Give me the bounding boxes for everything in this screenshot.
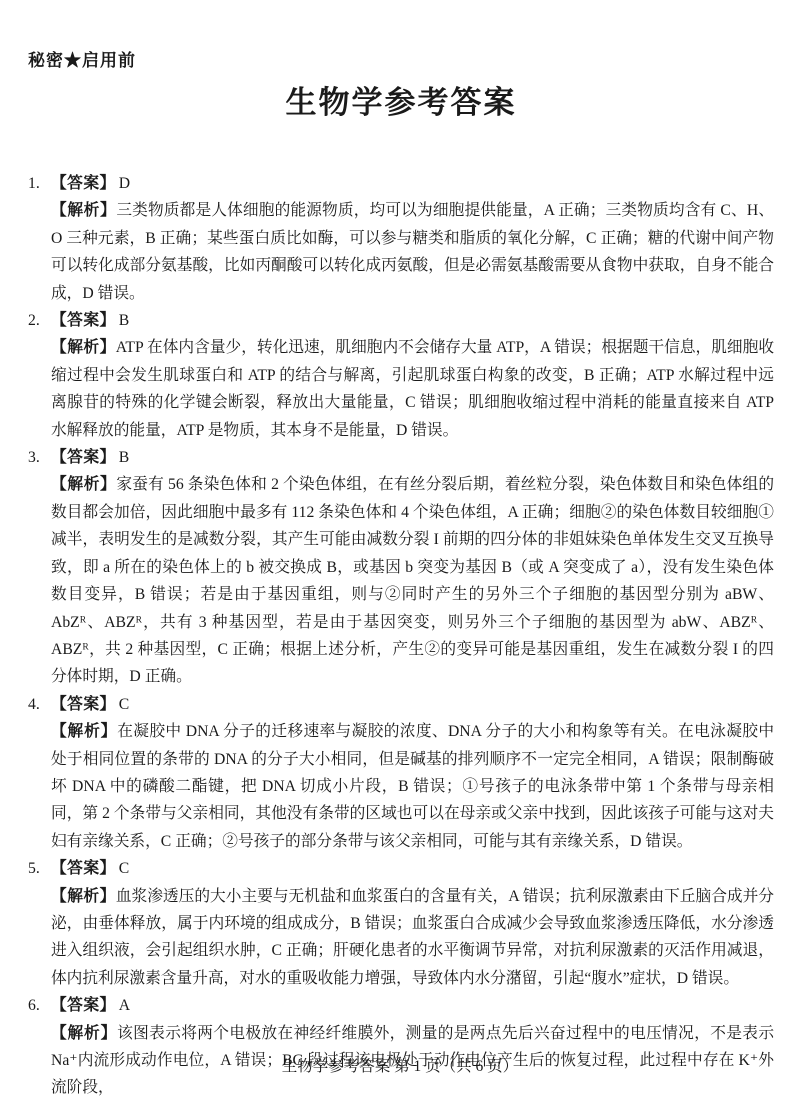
- answer-line: 【答案】C: [51, 691, 774, 718]
- answer-label: 【答案】: [51, 997, 116, 1014]
- analysis-label: 【解析】: [51, 202, 116, 219]
- analysis-paragraph: 【解析】家蚕有 56 条染色体和 2 个染色体组，在有丝分裂后期，着丝粒分裂，染…: [51, 471, 774, 690]
- analysis-label: 【解析】: [51, 888, 116, 905]
- answer-value: C: [119, 860, 129, 877]
- analysis-paragraph: 【解析】在凝胶中 DNA 分子的迁移速率与凝胶的浓度、DNA 分子的大小和构象等…: [51, 718, 774, 855]
- analysis-label: 【解析】: [51, 723, 117, 740]
- question-block-3: 3. 【答案】B 【解析】家蚕有 56 条染色体和 2 个染色体组，在有丝分裂后…: [28, 444, 774, 691]
- answer-label: 【答案】: [51, 175, 116, 192]
- question-block-2: 2. 【答案】B 【解析】ATP 在体内含量少，转化迅速，肌细胞内不会储存大量 …: [28, 307, 774, 444]
- answer-value: B: [119, 449, 129, 466]
- answer-line: 【答案】B: [51, 307, 774, 334]
- analysis-text: 家蚕有 56 条染色体和 2 个染色体组，在有丝分裂后期，着丝粒分裂，染色体数目…: [51, 476, 774, 685]
- answer-value: C: [119, 696, 129, 713]
- question-number: 1.: [28, 170, 40, 197]
- analysis-text: 三类物质都是人体细胞的能源物质，均可以为细胞提供能量，A 正确；三类物质均含有 …: [51, 202, 774, 301]
- answer-value: D: [119, 175, 130, 192]
- classification-label: 秘密★启用前: [28, 46, 774, 71]
- answer-label: 【答案】: [51, 860, 116, 877]
- analysis-text: ATP 在体内含量少，转化迅速，肌细胞内不会储存大量 ATP，A 错误；根据题干…: [51, 339, 774, 438]
- analysis-text: 血浆渗透压的大小主要与无机盐和血浆蛋白的含量有关，A 错误；抗利尿激素由下丘脑合…: [51, 888, 774, 987]
- page-title: 生物学参考答案: [28, 77, 774, 122]
- answer-label: 【答案】: [51, 312, 116, 329]
- analysis-paragraph: 【解析】血浆渗透压的大小主要与无机盐和血浆蛋白的含量有关，A 错误；抗利尿激素由…: [51, 883, 774, 993]
- question-block-5: 5. 【答案】C 【解析】血浆渗透压的大小主要与无机盐和血浆蛋白的含量有关，A …: [28, 855, 774, 992]
- analysis-text: 在凝胶中 DNA 分子的迁移速率与凝胶的浓度、DNA 分子的大小和构象等有关。在…: [51, 723, 774, 850]
- analysis-paragraph: 【解析】三类物质都是人体细胞的能源物质，均可以为细胞提供能量，A 正确；三类物质…: [51, 197, 774, 307]
- question-number: 2.: [28, 307, 40, 334]
- page-footer: 生物学参考答案 第 1 页（共 6 页）: [0, 1054, 800, 1076]
- answer-line: 【答案】D: [51, 170, 774, 197]
- question-block-4: 4. 【答案】C 【解析】在凝胶中 DNA 分子的迁移速率与凝胶的浓度、DNA …: [28, 691, 774, 855]
- analysis-paragraph: 【解析】ATP 在体内含量少，转化迅速，肌细胞内不会储存大量 ATP，A 错误；…: [51, 334, 774, 444]
- answer-label: 【答案】: [51, 696, 116, 713]
- answer-value: A: [119, 997, 130, 1014]
- question-block-6: 6. 【答案】A 【解析】该图表示将两个电极放在神经纤维膜外，测量的是两点先后兴…: [28, 992, 774, 1100]
- analysis-label: 【解析】: [51, 1025, 117, 1042]
- question-number: 5.: [28, 855, 40, 882]
- question-number: 3.: [28, 444, 40, 471]
- question-number: 4.: [28, 691, 40, 718]
- answer-value: B: [119, 312, 129, 329]
- answer-label: 【答案】: [51, 449, 116, 466]
- answer-sheet-page: 秘密★启用前 生物学参考答案 1. 【答案】D 【解析】三类物质都是人体细胞的能…: [0, 0, 800, 1100]
- answer-line: 【答案】B: [51, 444, 774, 471]
- page-number-text: 生物学参考答案 第 1 页（共 6 页）: [282, 1058, 518, 1075]
- answer-line: 【答案】A: [51, 992, 774, 1019]
- analysis-label: 【解析】: [51, 339, 116, 356]
- analysis-label: 【解析】: [51, 476, 116, 493]
- questions-list: 1. 【答案】D 【解析】三类物质都是人体细胞的能源物质，均可以为细胞提供能量，…: [28, 170, 774, 1100]
- answer-line: 【答案】C: [51, 855, 774, 882]
- question-number: 6.: [28, 992, 40, 1019]
- question-block-1: 1. 【答案】D 【解析】三类物质都是人体细胞的能源物质，均可以为细胞提供能量，…: [28, 170, 774, 307]
